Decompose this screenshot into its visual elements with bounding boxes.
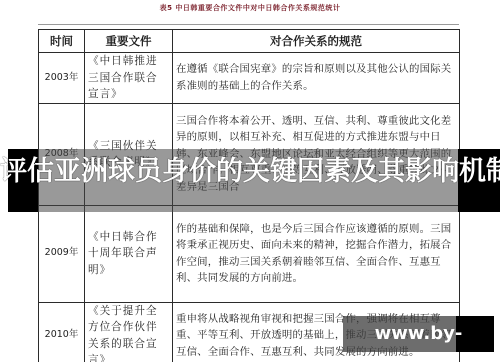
table-header-row: 时间 重要文件 对合作关系的规范 [39,30,460,53]
top-rule-divider [38,24,459,25]
header-document: 重要文件 [85,30,173,53]
overlay-title: 评估亚洲球员身价的关键因素及其影响机制分析 [0,152,500,192]
cooperation-documents-table: 时间 重要文件 对合作关系的规范 2003年 《中日韩推进三国合作联合宣言》 在… [38,29,460,362]
table-row: 2003年 《中日韩推进三国合作联合宣言》 在遵循《联合国宪章》的宗旨和原则以及… [39,53,460,104]
row-document: 《关于提升全方位合作伙伴关系的联合宣言》 [85,302,173,362]
table-caption: 表5 中日韩重要合作文件中对中日韩合作关系规范统计 [0,3,500,13]
row-year: 2009年 [39,205,85,302]
row-year: 2010年 [39,302,85,362]
row-document: 《中日韩推进三国合作联合宣言》 [85,53,173,104]
header-time: 时间 [39,30,85,53]
header-norm: 对合作关系的规范 [173,30,460,53]
row-year: 2003年 [39,53,85,104]
row-document: 《中日韩合作十周年联合声明》 [85,205,173,302]
row-norm: 作的基础和保障，也是今后三国合作应该遵循的原则。三国将秉承正视历史、面向未来的精… [173,205,460,302]
watermark-text: www.by-j9.com [343,316,494,352]
table-row: 2009年 《中日韩合作十周年联合声明》 作的基础和保障，也是今后三国合作应该遵… [39,205,460,302]
row-norm: 在遵循《联合国宪章》的宗旨和原则以及其他公认的国际关系准则的基础上的合作关系。 [173,53,460,104]
